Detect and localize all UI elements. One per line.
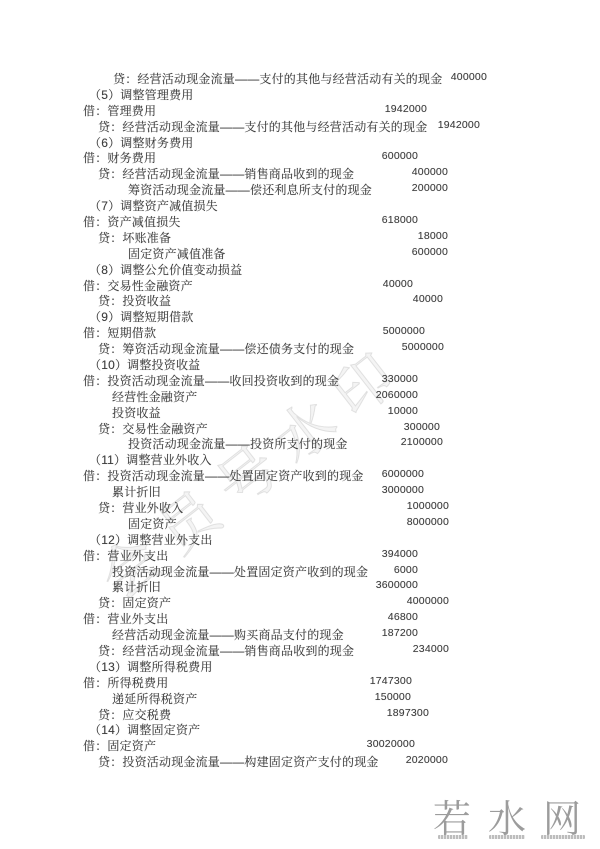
journal-line: （9）调整短期借款 <box>0 308 600 324</box>
entry-amount: 330000 <box>0 373 418 385</box>
entry-amount: 8000000 <box>0 516 449 528</box>
journal-line: 借：资产减值损失618000 <box>0 213 600 229</box>
journal-line: （7）调整资产减值损失 <box>0 197 600 213</box>
journal-line: 贷：营业外收入1000000 <box>0 499 600 515</box>
journal-line: 贷：固定资产4000000 <box>0 594 600 610</box>
journal-line: 贷：经营活动现金流量——支付的其他与经营活动有关的现金400000 <box>0 70 600 86</box>
entry-amount: 1897300 <box>0 707 429 719</box>
entry-amount: 1747300 <box>0 675 412 687</box>
journal-line: 借：固定资产30020000 <box>0 737 600 753</box>
entry-amount: 4000000 <box>0 595 449 607</box>
journal-line: 累计折旧3600000 <box>0 578 600 594</box>
entry-amount: 6000 <box>0 564 418 576</box>
journal-line: 借：营业外支出394000 <box>0 547 600 563</box>
scanned-accounting-document: 会员号水印 贷：经营活动现金流量——支付的其他与经营活动有关的现金400000（… <box>0 0 600 849</box>
journal-line: （8）调整公允价值变动损益 <box>0 261 600 277</box>
entry-amount: 3000000 <box>0 484 424 496</box>
entry-amount: 187200 <box>0 627 418 639</box>
entry-amount: 2060000 <box>0 389 418 401</box>
journal-line: 借：投资活动现金流量——处置固定资产收到的现金6000000 <box>0 467 600 483</box>
section-heading: （8）调整公允价值变动损益 <box>89 261 242 278</box>
section-heading: （7）调整资产减值损失 <box>89 197 218 214</box>
journal-line: 筹资活动现金流量——偿还利息所支付的现金200000 <box>0 181 600 197</box>
journal-line: 固定资产8000000 <box>0 515 600 531</box>
entry-amount: 1942000 <box>0 119 480 131</box>
journal-line: 借：所得税费用1747300 <box>0 674 600 690</box>
entry-amount: 400000 <box>0 71 487 83</box>
journal-line: 贷：经营活动现金流量——销售商品收到的现金234000 <box>0 642 600 658</box>
journal-line: （6）调整财务费用 <box>0 134 600 150</box>
journal-line: 借：营业外支出46800 <box>0 610 600 626</box>
section-heading: （12）调整营业外支出 <box>89 531 213 548</box>
entry-amount: 200000 <box>0 182 448 194</box>
journal-line: （10）调整投资收益 <box>0 356 600 372</box>
section-heading: （9）调整短期借款 <box>89 308 193 325</box>
logo-tagline-blur <box>541 835 585 839</box>
journal-line: 贷：经营活动现金流量——支付的其他与经营活动有关的现金1942000 <box>0 118 600 134</box>
entry-amount: 600000 <box>0 246 448 258</box>
journal-line: 贷：交易性金融资产300000 <box>0 420 600 436</box>
entry-amount: 5000000 <box>0 325 425 337</box>
journal-line: 贷：投资活动现金流量——构建固定资产支付的现金2020000 <box>0 753 600 769</box>
journal-line: 借：管理费用1942000 <box>0 102 600 118</box>
section-heading: （13）调整所得税费用 <box>89 658 213 675</box>
journal-line: 贷：筹资活动现金流量——偿还债务支付的现金5000000 <box>0 340 600 356</box>
journal-line: （5）调整管理费用 <box>0 86 600 102</box>
journal-line: 贷：投资收益40000 <box>0 292 600 308</box>
entry-amount: 30020000 <box>0 738 415 750</box>
entry-amount: 40000 <box>0 293 443 305</box>
journal-line: （13）调整所得税费用 <box>0 658 600 674</box>
journal-line: （14）调整固定资产 <box>0 721 600 737</box>
journal-entries: 贷：经营活动现金流量——支付的其他与经营活动有关的现金400000（5）调整管理… <box>0 0 600 849</box>
journal-line: 借：交易性金融资产40000 <box>0 277 600 293</box>
journal-line: 经营活动现金流量——购买商品支付的现金187200 <box>0 626 600 642</box>
journal-line: 借：短期借款5000000 <box>0 324 600 340</box>
entry-amount: 2020000 <box>0 754 448 766</box>
entry-amount: 5000000 <box>0 341 444 353</box>
entry-amount: 40000 <box>0 278 413 290</box>
journal-line: 投资活动现金流量——投资所支付的现金2100000 <box>0 435 600 451</box>
entry-amount: 394000 <box>0 548 418 560</box>
journal-line: 累计折旧3000000 <box>0 483 600 499</box>
journal-line: 贷：经营活动现金流量——销售商品收到的现金400000 <box>0 165 600 181</box>
entry-amount: 150000 <box>0 691 411 703</box>
journal-line: 投资收益10000 <box>0 404 600 420</box>
entry-amount: 6000000 <box>0 468 424 480</box>
entry-amount: 46800 <box>0 611 418 623</box>
entry-amount: 3600000 <box>0 579 418 591</box>
journal-line: 贷：坏账准备18000 <box>0 229 600 245</box>
entry-amount: 234000 <box>0 643 449 655</box>
journal-line: 贷：应交税费1897300 <box>0 706 600 722</box>
logo-tagline-blur <box>489 835 525 839</box>
journal-line: （11）调整营业外收入 <box>0 451 600 467</box>
entry-amount: 300000 <box>0 421 440 433</box>
section-heading: （6）调整财务费用 <box>89 134 193 151</box>
entry-amount: 400000 <box>0 166 448 178</box>
journal-line: 递延所得税资产150000 <box>0 690 600 706</box>
section-heading: （5）调整管理费用 <box>89 86 193 103</box>
entry-amount: 18000 <box>0 230 448 242</box>
section-heading: （11）调整营业外收入 <box>89 451 212 468</box>
journal-line: 固定资产减值准备600000 <box>0 245 600 261</box>
journal-line: 借：投资活动现金流量——收回投资收到的现金330000 <box>0 372 600 388</box>
entry-amount: 600000 <box>0 150 418 162</box>
journal-line: 投资活动现金流量——处置固定资产收到的现金6000 <box>0 563 600 579</box>
entry-amount: 10000 <box>0 405 418 417</box>
logo-tagline-blur <box>438 835 468 839</box>
journal-line: 借：财务费用600000 <box>0 149 600 165</box>
section-heading: （14）调整固定资产 <box>89 721 200 738</box>
journal-line: 经营性金融资产2060000 <box>0 388 600 404</box>
entry-amount: 1942000 <box>0 103 427 115</box>
entry-amount: 1000000 <box>0 500 449 512</box>
section-heading: （10）调整投资收益 <box>89 356 200 373</box>
entry-amount: 2100000 <box>0 436 443 448</box>
journal-line: （12）调整营业外支出 <box>0 531 600 547</box>
entry-amount: 618000 <box>0 214 418 226</box>
